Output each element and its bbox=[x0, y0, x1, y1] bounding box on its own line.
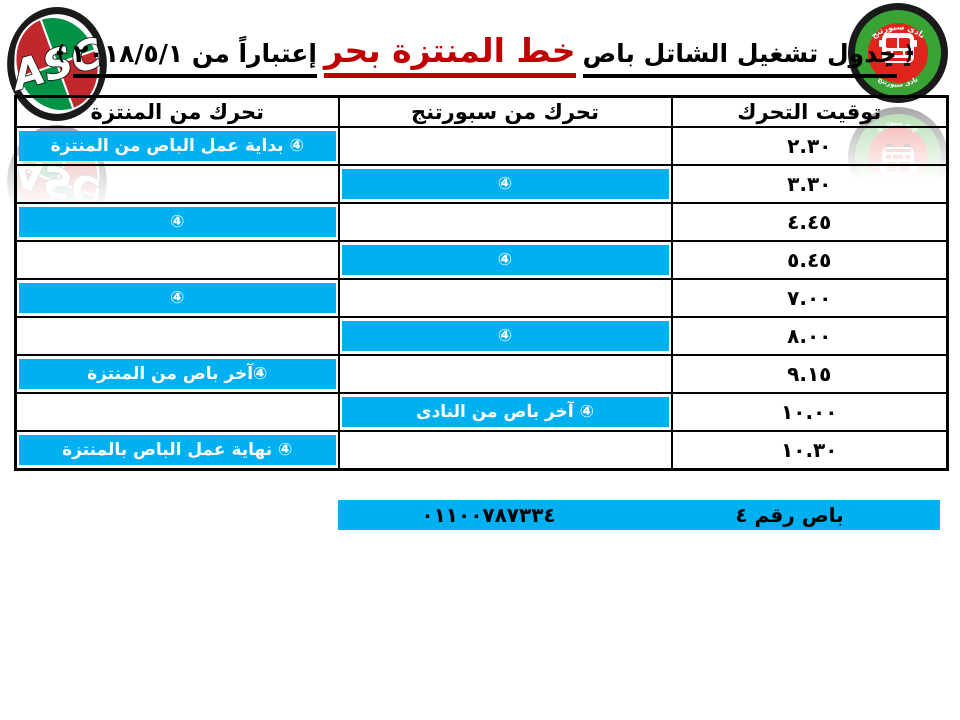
title-highlight: خط المنتزة بحر bbox=[324, 31, 576, 78]
schedule-table: توقيت التحرك تحرك من سبورتنج تحرك من الم… bbox=[14, 95, 949, 471]
table-row: ٢.٣٠ ④ بداية عمل الباص من المنتزة bbox=[16, 127, 948, 165]
col-header-montaza: تحرك من المنتزة bbox=[16, 97, 339, 128]
empty-bar bbox=[19, 245, 336, 275]
montaza-cell: ④ بداية عمل الباص من المنتزة bbox=[16, 127, 339, 165]
page-title: ﴿ جدول تشغيل الشاتل باص خط المنتزة بحر إ… bbox=[100, 12, 870, 78]
table-row: ٨.٠٠ ④ bbox=[16, 317, 948, 355]
time-cell: ١٠.٠٠ bbox=[672, 393, 948, 431]
highlight-bar: ④ bbox=[342, 245, 669, 275]
empty-bar bbox=[19, 169, 336, 199]
sporting-cell: ④ bbox=[339, 165, 672, 203]
table-row: ٥.٤٥ ④ bbox=[16, 241, 948, 279]
montaza-cell bbox=[16, 317, 339, 355]
montaza-cell: ④ bbox=[16, 279, 339, 317]
bus-number-label: باص رقم ٤ bbox=[639, 500, 940, 530]
table-row: ١٠.٠٠ ④ آخر باص من النادى bbox=[16, 393, 948, 431]
sporting-cell: ④ bbox=[339, 317, 672, 355]
ornament-close-icon: ﴾ bbox=[55, 41, 67, 78]
montaza-cell: ④آخر باص من المنتزة bbox=[16, 355, 339, 393]
empty-bar bbox=[342, 435, 669, 465]
sporting-cell: ④ آخر باص من النادى bbox=[339, 393, 672, 431]
table-row: ٤.٤٥ ④ bbox=[16, 203, 948, 241]
time-cell: ٥.٤٥ bbox=[672, 241, 948, 279]
header-row: توقيت التحرك تحرك من سبورتنج تحرك من الم… bbox=[16, 97, 948, 128]
empty-bar bbox=[19, 397, 336, 427]
time-cell: ٧.٠٠ bbox=[672, 279, 948, 317]
highlight-bar: ④ bbox=[342, 169, 669, 199]
montaza-cell bbox=[16, 165, 339, 203]
highlight-bar: ④ bbox=[342, 321, 669, 351]
time-cell: ٢.٣٠ bbox=[672, 127, 948, 165]
time-cell: ١٠.٣٠ bbox=[672, 431, 948, 470]
empty-bar bbox=[342, 359, 669, 389]
highlight-bar: ④ bbox=[19, 283, 336, 313]
title-prefix: جدول تشغيل الشاتل باص bbox=[583, 39, 897, 78]
title-suffix: إعتباراً من ٢٠١٨/٥/١ bbox=[73, 39, 317, 78]
sporting-cell bbox=[339, 355, 672, 393]
highlight-bar: ④ بداية عمل الباص من المنتزة bbox=[19, 131, 336, 161]
montaza-cell bbox=[16, 393, 339, 431]
empty-bar bbox=[19, 321, 336, 351]
phone-number: ٠١١٠٠٧٨٧٣٣٤ bbox=[338, 500, 639, 530]
ornament-open-icon: ﴿ bbox=[904, 41, 916, 78]
col-header-sporting: تحرك من سبورتنج bbox=[339, 97, 672, 128]
time-cell: ٨.٠٠ bbox=[672, 317, 948, 355]
montaza-cell: ④ نهاية عمل الباص بالمنتزة bbox=[16, 431, 339, 470]
empty-bar bbox=[342, 207, 669, 237]
sporting-cell bbox=[339, 431, 672, 470]
highlight-bar: ④آخر باص من المنتزة bbox=[19, 359, 336, 389]
montaza-cell: ④ bbox=[16, 203, 339, 241]
sporting-cell bbox=[339, 279, 672, 317]
sporting-cell bbox=[339, 127, 672, 165]
time-cell: ٤.٤٥ bbox=[672, 203, 948, 241]
table-row: ١٠.٣٠ ④ نهاية عمل الباص بالمنتزة bbox=[16, 431, 948, 470]
empty-bar bbox=[342, 283, 669, 313]
table-row: ٣.٣٠ ④ bbox=[16, 165, 948, 203]
sporting-cell bbox=[339, 203, 672, 241]
montaza-cell bbox=[16, 241, 339, 279]
footer-bar: باص رقم ٤ ٠١١٠٠٧٨٧٣٣٤ bbox=[338, 500, 940, 530]
sporting-cell: ④ bbox=[339, 241, 672, 279]
col-header-time: توقيت التحرك bbox=[672, 97, 948, 128]
time-cell: ٩.١٥ bbox=[672, 355, 948, 393]
time-cell: ٣.٣٠ bbox=[672, 165, 948, 203]
highlight-bar: ④ نهاية عمل الباص بالمنتزة bbox=[19, 435, 336, 465]
highlight-bar: ④ آخر باص من النادى bbox=[342, 397, 669, 427]
table-row: ٧.٠٠ ④ bbox=[16, 279, 948, 317]
empty-bar bbox=[342, 131, 669, 161]
table-row: ٩.١٥ ④آخر باص من المنتزة bbox=[16, 355, 948, 393]
highlight-bar: ④ bbox=[19, 207, 336, 237]
page: ASC bbox=[0, 0, 960, 720]
